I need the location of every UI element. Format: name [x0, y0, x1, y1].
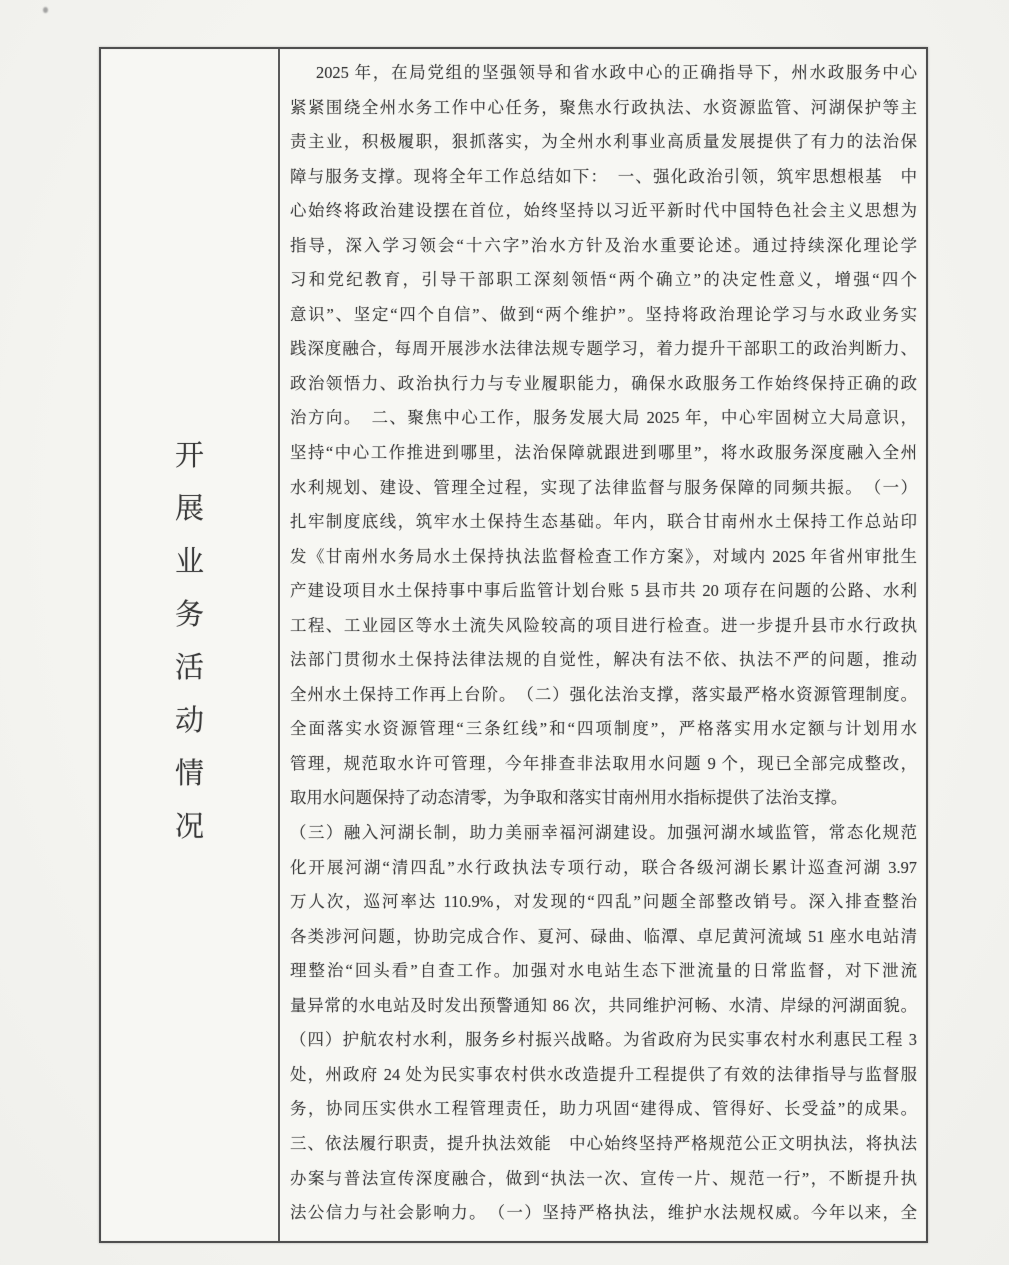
body-text-line: 心始终将政治建设摆在首位，始终坚持以习近平新时代中国特色社会主义思想为	[290, 194, 917, 229]
body-text-line: 量异常的水电站及时发出预警通知 86 次，共同维护河畅、水清、岸绿的河湖面貌。	[290, 989, 917, 1024]
body-text-line: 产建设项目水土保持事中事后监管计划台账 5 县市共 20 项存在问题的公路、水利	[290, 574, 917, 609]
body-text-line: 全面落实水资源管理“三条红线”和“四项制度”，严格落实用水定额与计划用水	[290, 712, 917, 747]
row-label-char: 业	[175, 548, 204, 577]
row-label-char: 动	[175, 707, 204, 736]
body-text-line: 法公信力与社会影响力。 （一）坚持严格执法，维护水法规权威。今年以来，全	[290, 1196, 917, 1231]
body-text-line: （四）护航农村水利，服务乡村振兴战略。为省政府为民实事农村水利惠民工程 3	[290, 1023, 917, 1058]
body-text-line: 紧紧围绕全州水务工作中心任务，聚焦水行政执法、水资源监管、河湖保护等主	[290, 91, 917, 126]
scanned-document-page: 开展业务活动情况 2025 年，在局党组的坚强领导和省水政中心的正确指导下，州水…	[0, 0, 1009, 1265]
body-text-line: 2025 年，在局党组的坚强领导和省水政中心的正确指导下，州水政服务中心	[290, 56, 917, 91]
body-text-line: 治方向。 二、聚焦中心工作，服务发展大局 2025 年，中心牢固树立大局意识，	[290, 401, 917, 436]
row-label-char: 况	[175, 813, 204, 842]
body-text-line: 化开展河湖“清四乱”水行政执法专项行动，联合各级河湖长累计巡查河湖 3.97	[290, 851, 917, 886]
row-label-char: 务	[175, 601, 204, 630]
body-text-line: 责主业，积极履职，狠抓落实，为全州水利事业高质量发展提供了有力的法治保	[290, 125, 917, 160]
body-text-line: 发《甘南州水务局水土保持执法监督检查工作方案》，对域内 2025 年省州审批生	[290, 540, 917, 575]
body-text-line: 指导，深入学习领会“十六字”治水方针及治水重要论述。通过持续深化理论学	[290, 229, 917, 264]
body-text-line: 万人次，巡河率达 110.9%，对发现的“四乱”问题全部整改销号。深入排查整治	[290, 885, 917, 920]
body-text-line: 坚持“中心工作推进到哪里，法治保障就跟进到哪里”，将水政服务深度融入全州	[290, 436, 917, 471]
body-text-line: 务，协同压实供水工程管理责任，助力巩固“建得成、管得好、长受益”的成果。	[290, 1092, 917, 1127]
row-label-char: 情	[175, 760, 204, 789]
body-text-line: 法部门贯彻水土保持法律法规的自觉性，解决有法不依、执法不严的问题，推动	[290, 643, 917, 678]
body-text-line: 扎牢制度底线，筑牢水土保持生态基础。年内，联合甘南州水土保持工作总站印	[290, 505, 917, 540]
body-text-line: 各类涉河问题，协助完成合作、夏河、碌曲、临潭、卓尼黄河流域 51 座水电站清	[290, 920, 917, 955]
body-text-line: 办案与普法宣传深度融合，做到“执法一次、宣传一片、规范一行”，不断提升执	[290, 1162, 917, 1197]
row-label-char: 活	[175, 654, 204, 683]
content-cell: 2025 年，在局党组的坚强领导和省水政中心的正确指导下，州水政服务中心紧紧围绕…	[280, 49, 926, 1241]
row-label-char: 开	[175, 442, 204, 471]
body-text-line: 水利规划、建设、管理全过程，实现了法律监督与服务保障的同频共振。 （一）	[290, 471, 917, 506]
body-text-line: 障与服务支撑。现将全年工作总结如下： 一、强化政治引领，筑牢思想根基 中	[290, 160, 917, 195]
body-text-line: 管理，规范取水许可管理，今年排查非法取用水问题 9 个，现已全部完成整改，	[290, 747, 917, 782]
row-label-char: 展	[175, 495, 204, 524]
body-text-line: 工程、工业园区等水土流失风险较高的项目进行检查。进一步提升县市水行政执	[290, 609, 917, 644]
body-text-line: 三、依法履行职责，提升执法效能 中心始终坚持严格规范公正文明执法，将执法	[290, 1127, 917, 1162]
body-text-line: 取用水问题保持了动态清零，为争取和落实甘南州用水指标提供了法治支撑。	[290, 781, 917, 816]
body-text-line: 理整治“回头看”自查工作。加强对水电站生态下泄流量的日常监督，对下泄流	[290, 954, 917, 989]
work-summary-table: 开展业务活动情况 2025 年，在局党组的坚强领导和省水政中心的正确指导下，州水…	[99, 47, 928, 1243]
row-header-cell: 开展业务活动情况	[101, 49, 280, 1241]
body-text-line: 政治领悟力、政治执行力与专业履职能力，确保水政服务工作始终保持正确的政	[290, 367, 917, 402]
body-text-line: 践深度融合，每周开展涉水法律法规专题学习，着力提升干部职工的政治判断力、	[290, 332, 917, 367]
body-text-line: 处，州政府 24 处为民实事农村供水改造提升工程提供了有效的法律指导与监督服	[290, 1058, 917, 1093]
body-text-line: 习和党纪教育，引导干部职工深刻领悟“两个确立”的决定性意义，增强“四个	[290, 263, 917, 298]
scan-artifact-dot	[43, 7, 48, 13]
body-text-line: 意识”、坚定“四个自信”、做到“两个维护”。坚持将政治理论学习与水政业务实	[290, 298, 917, 333]
body-text-line: 全州水土保持工作再上台阶。 （二）强化法治支撑，落实最严格水资源管理制度。	[290, 678, 917, 713]
body-text-line: （三）融入河湖长制，助力美丽幸福河湖建设。加强河湖水域监管，常态化规范	[290, 816, 917, 851]
